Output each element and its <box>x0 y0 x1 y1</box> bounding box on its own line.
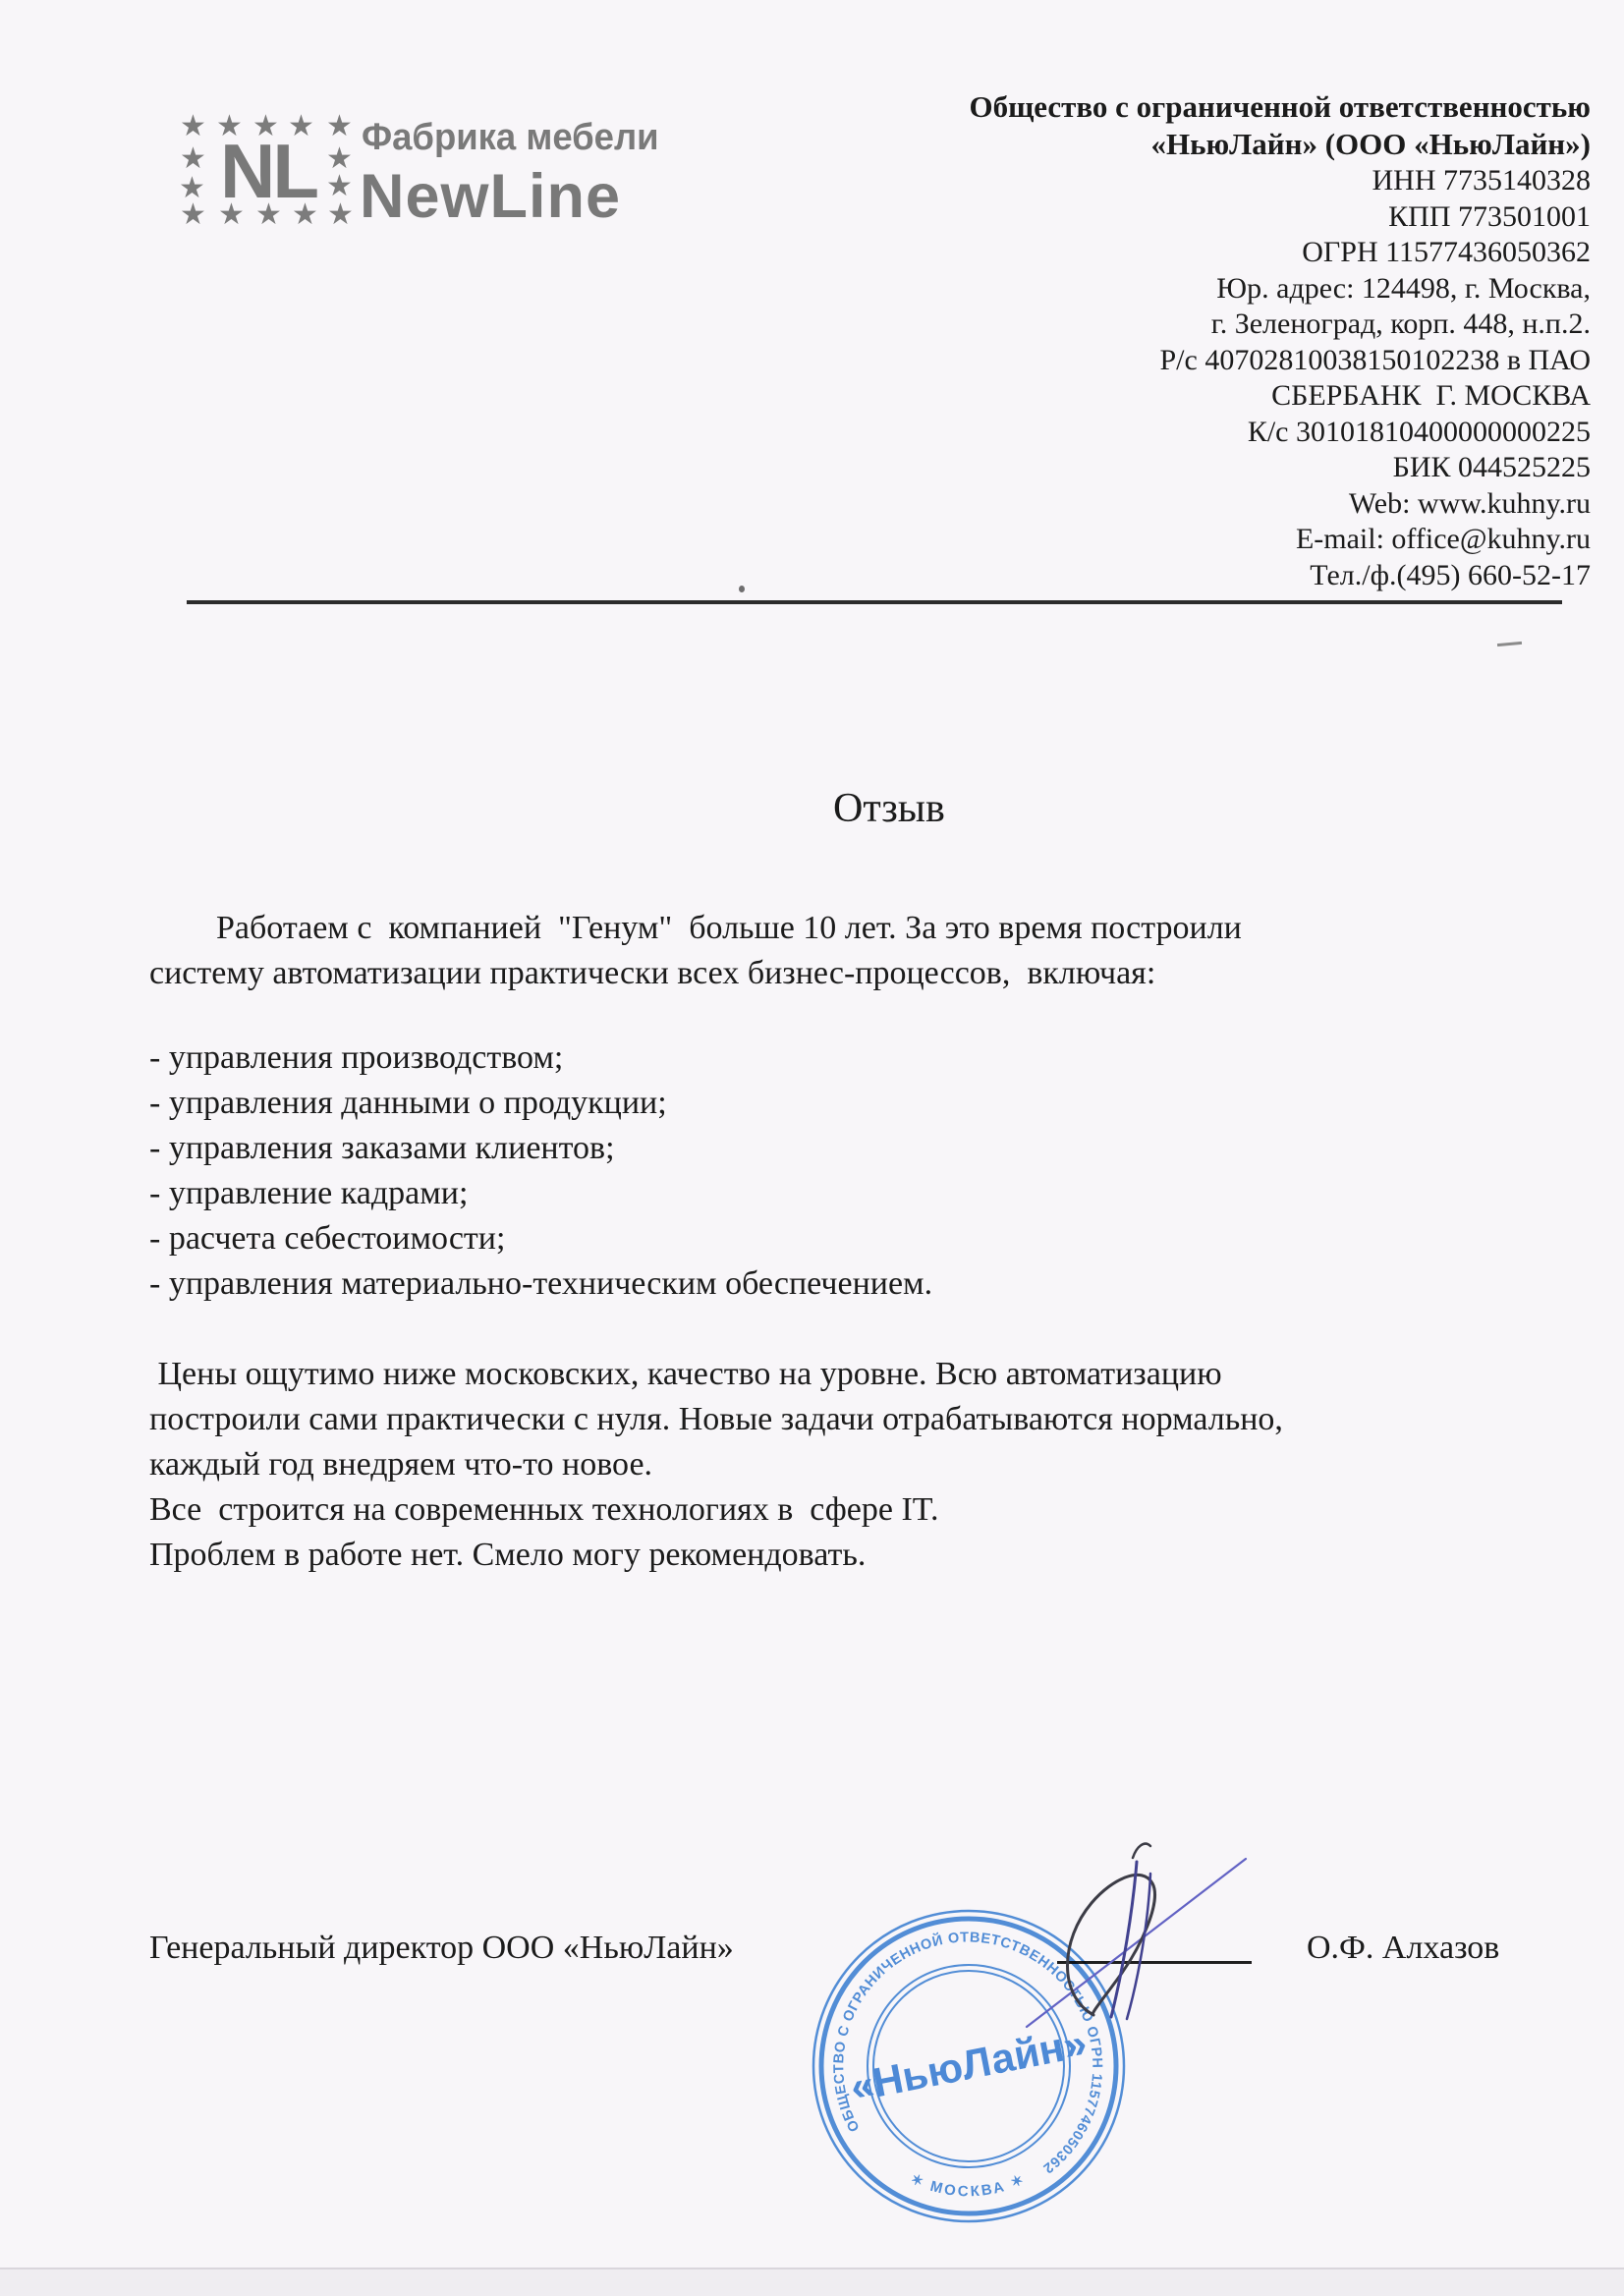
signatory-position: Генеральный директор ООО «НьюЛайн» <box>149 1930 734 1967</box>
requisite-line: ОГРН 11577436050362 <box>628 235 1591 271</box>
paragraph-line: Все строится на современных технологиях … <box>149 1487 1535 1533</box>
logo-tagline: Фабрика мебели <box>362 119 659 156</box>
paragraph-line: каждый год внедряем что-то новое. <box>149 1442 1535 1487</box>
star-icon: ★ <box>326 112 353 141</box>
bullet-item: - управления данными о продукции; <box>149 1081 1535 1126</box>
requisite-line: КПП 773501001 <box>628 199 1591 236</box>
signature-stroke <box>1027 1859 1246 2027</box>
scan-speck <box>1497 642 1522 646</box>
paragraph-line: систему автоматизации практически всех б… <box>149 951 1535 996</box>
stamp-city-text: ✶ МОСКВА ✶ <box>908 2170 1029 2200</box>
bullet-item: - управление кадрами; <box>149 1171 1535 1216</box>
requisite-line: Юр. адрес: 124498, г. Москва, <box>628 271 1591 308</box>
paragraph-line: Проблем в работе нет. Смело могу рекомен… <box>149 1533 1535 1578</box>
paragraph-line: построили сами практически с нуля. Новые… <box>149 1397 1535 1442</box>
bullet-item: - управления материально-техническим обе… <box>149 1261 1535 1307</box>
requisite-line: E-mail: office@kuhny.ru <box>628 522 1591 558</box>
star-icon: ★ <box>327 200 354 230</box>
signature-stroke <box>1133 1844 1150 1858</box>
requisite-line: г. Зеленоград, корп. 448, н.п.2. <box>628 307 1591 343</box>
scan-speck <box>739 586 745 592</box>
handwritten-signature <box>1007 1822 1272 2048</box>
letter-body: Работаем с компанией "Генум" больше 10 л… <box>149 906 1535 1578</box>
requisite-line: СБЕРБАНК Г. МОСКВА <box>628 378 1591 415</box>
company-requisites: Общество с ограниченной ответственностью… <box>628 88 1591 593</box>
org-name-line: «НьюЛайн» (ООО «НьюЛайн») <box>628 126 1591 163</box>
scan-edge-strip <box>0 2268 1624 2296</box>
logo-brand: NewLine <box>360 166 621 228</box>
requisite-line: БИК 044525225 <box>628 450 1591 486</box>
header-divider <box>187 600 1562 604</box>
requisite-line: К/с 30101810400000000225 <box>628 415 1591 451</box>
star-icon: ★ <box>180 144 206 174</box>
bullet-item: - расчета себестоимости; <box>149 1216 1535 1261</box>
bullet-item: - управления заказами клиентов; <box>149 1126 1535 1171</box>
paragraph-line: Работаем с компанией "Генум" больше 10 л… <box>149 906 1535 951</box>
document-title: Отзыв <box>833 786 945 831</box>
org-name-line: Общество с ограниченной ответственностью <box>628 88 1591 126</box>
bullet-item: - управления производством; <box>149 1036 1535 1081</box>
star-icon: ★ <box>180 200 206 230</box>
logo-monogram: NL <box>220 133 316 209</box>
requisite-line: ИНН 7735140328 <box>628 163 1591 199</box>
star-icon: ★ <box>180 112 206 141</box>
svg-text:✶ МОСКВА ✶: ✶ МОСКВА ✶ <box>908 2170 1029 2200</box>
signatory-name: О.Ф. Алхазов <box>1307 1930 1499 1967</box>
letter-page: ★ ★ ★ ★ ★ ★ ★ ★ ★ ★ ★ ★ ★ ★ NL Фабрика м… <box>0 0 1624 2296</box>
requisite-line: Р/с 40702810038150102238 в ПАО <box>628 343 1591 379</box>
paragraph-line: Цены ощутимо ниже московских, качество н… <box>149 1352 1535 1397</box>
requisite-line: Web: www.kuhny.ru <box>628 486 1591 523</box>
requisite-line: Тел./ф.(495) 660-52-17 <box>628 558 1591 594</box>
